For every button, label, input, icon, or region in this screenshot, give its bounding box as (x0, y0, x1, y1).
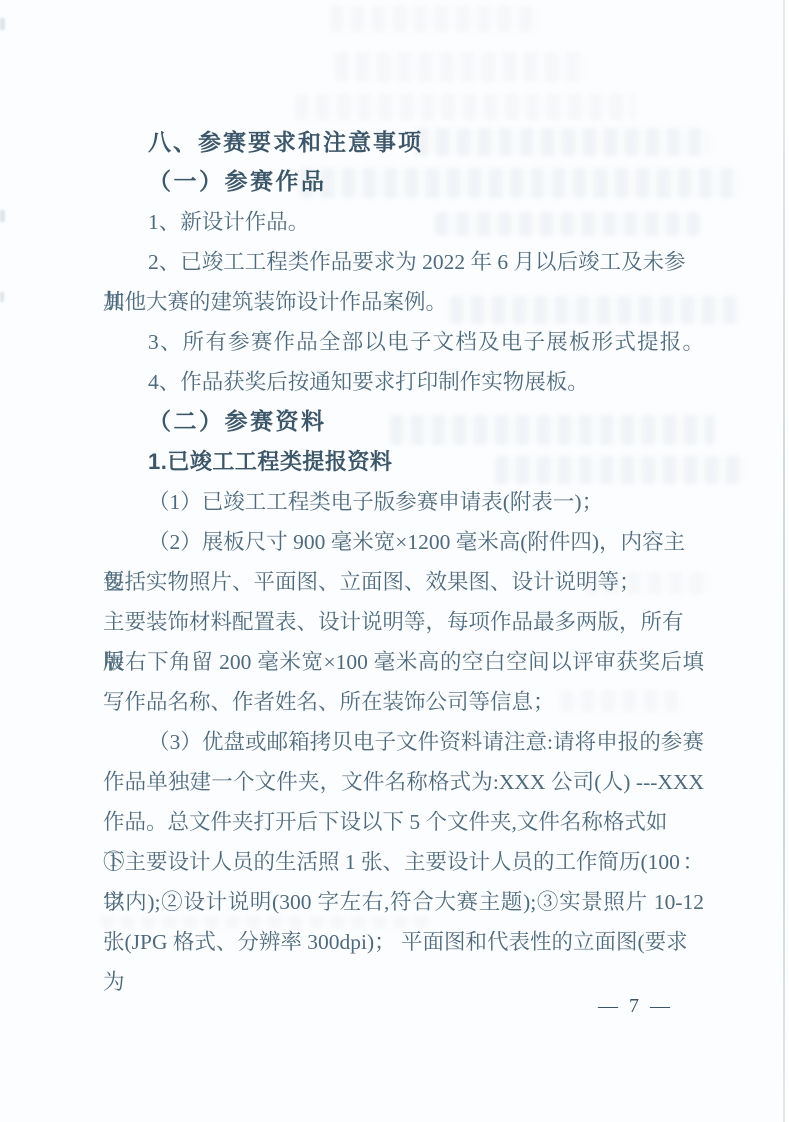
paragraph-line: 3、所有参赛作品全部以电子文档及电子展板形式提报。 (103, 322, 704, 362)
bleed-through-artifact (330, 6, 540, 32)
subheading-completed-projects: 1.已竣工工程类提报资料 (103, 442, 704, 482)
paragraph-line: （1）已竣工工程类电子版参赛申请表(附表一)； (103, 482, 704, 522)
section-heading-8: 八、参赛要求和注意事项 (103, 122, 704, 162)
paragraph-line: 作品。总文件夹打开后下设以下 5 个文件夹,文件名称格式如下： (103, 802, 704, 842)
paragraph-line: 写作品名称、作者姓名、所在装饰公司等信息； (103, 682, 704, 722)
paragraph-line: 张(JPG 格式、分辨率 300dpi)； 平面图和代表性的立面图(要求为 (103, 922, 704, 962)
paragraph-line: 作品单独建一个文件夹，文件名称格式为:XXX 公司(人) ---XXX (103, 762, 704, 802)
paragraph-line: 4、作品获奖后按通知要求打印制作实物展板。 (103, 362, 704, 402)
bleed-through-artifact (295, 94, 635, 120)
scan-edge-mark (0, 18, 5, 30)
paragraph-line: （2）展板尺寸 900 毫米宽×1200 毫米高(附件四)，内容主要 (103, 522, 704, 562)
paragraph-line: 其他大赛的建筑装饰设计作品案例。 (103, 282, 704, 322)
document-body: 八、参赛要求和注意事项 （一）参赛作品 1、新设计作品。 2、已竣工工程类作品要… (103, 122, 704, 962)
paragraph-line: 以内);②设计说明(300 字左右,符合大赛主题);③实景照片 10-12 (103, 882, 704, 922)
scan-edge-mark (0, 210, 5, 222)
paragraph-line: ①主要设计人员的生活照 1 张、主要设计人员的工作简历(100 字 (103, 842, 704, 882)
paragraph-line: 版右下角留 200 毫米宽×100 毫米高的空白空间以评审获奖后填 (103, 642, 704, 682)
bleed-through-artifact (335, 52, 585, 82)
paragraph-line: 主要装饰材料配置表、设计说明等，每项作品最多两版，所有展 (103, 602, 704, 642)
subsection-heading-materials: （二）参赛资料 (103, 402, 704, 442)
subsection-heading-entries: （一）参赛作品 (103, 162, 704, 202)
scan-edge-line (783, 0, 785, 1122)
paragraph-line: 包括实物照片、平面图、立面图、效果图、设计说明等； (103, 562, 704, 602)
scan-edge-mark (0, 292, 4, 302)
paragraph-line: 2、已竣工工程类作品要求为 2022 年 6 月以后竣工及未参加 (103, 242, 704, 282)
paragraph-line: （3）优盘或邮箱拷贝电子文件资料请注意:请将申报的参赛 (103, 722, 704, 762)
page-number: — 7 — (598, 995, 738, 1018)
paragraph-line: 1、新设计作品。 (103, 202, 704, 242)
scanned-document-page: 八、参赛要求和注意事项 （一）参赛作品 1、新设计作品。 2、已竣工工程类作品要… (0, 0, 789, 1122)
